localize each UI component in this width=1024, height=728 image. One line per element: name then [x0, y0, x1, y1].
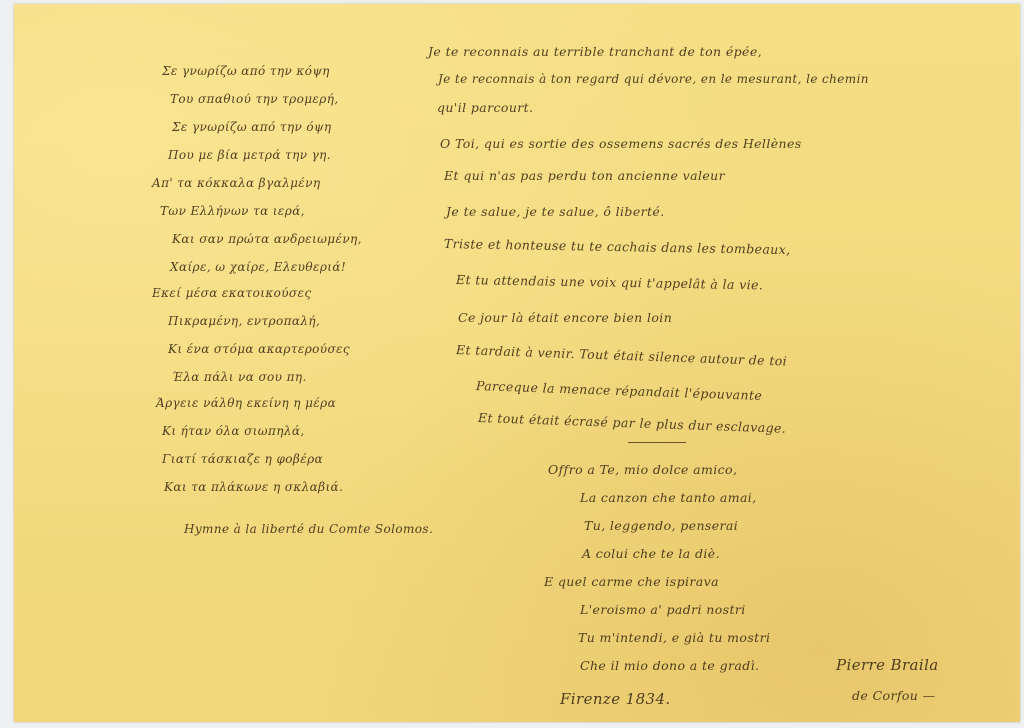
- french-line: Et qui n'as pas perdu ton ancienne valeu…: [444, 168, 725, 183]
- italian-line: La canzon che tanto amai,: [580, 490, 757, 505]
- greek-line: Και σαν πρώτα ανδρειωμένη,: [172, 232, 362, 246]
- greek-line: Κι ένα στόμα ακαρτερούσες: [168, 342, 350, 356]
- greek-line: Χαίρε, ω χαίρε, Ελευθεριά!: [170, 260, 346, 274]
- french-line: qu'il parcourt.: [437, 100, 533, 115]
- signature-name: Pierre Braila: [836, 656, 939, 674]
- italian-line: A colui che te la diè.: [582, 546, 720, 561]
- italian-line: Offro a Te, mio dolce amico,: [548, 462, 737, 477]
- french-line: Je te salue, je te salue, ô liberté.: [446, 204, 665, 219]
- italian-line: Tu, leggendo, penserai: [584, 518, 738, 533]
- italian-line: L'eroismo a' padri nostri: [580, 602, 746, 617]
- french-line: Je te reconnais à ton regard qui dévore,…: [438, 72, 869, 86]
- french-line: Je te reconnais au terrible tranchant de…: [428, 44, 762, 59]
- signature-origin: de Corfou —: [852, 688, 936, 703]
- greek-line: Εκεί μέσα εκατοικούσες: [152, 286, 311, 300]
- greek-line: Γιατί τάσκιαζε η φοβέρα: [162, 452, 323, 466]
- greek-line: Των Ελλήνων τα ιερά,: [160, 204, 305, 218]
- greek-line: Και τα πλάκωνε η σκλαβιά.: [164, 480, 343, 494]
- french-line: Ce jour là était encore bien loin: [458, 310, 672, 325]
- greek-line: Απ' τα κόκκαλα βγαλμένη: [152, 176, 320, 190]
- place-date: Firenze 1834.: [560, 690, 671, 708]
- greek-line: Σε γνωρίζω από την κόψη: [162, 64, 330, 78]
- greek-line: Άργειε νάλθη εκείνη η μέρα: [156, 396, 336, 410]
- italian-line: Che il mio dono a te gradì.: [580, 658, 759, 673]
- greek-poem-caption: Hymne à la liberté du Comte Solomos.: [184, 522, 433, 536]
- italian-line: E quel carme che ispirava: [544, 574, 719, 589]
- greek-line: Που με βία μετρά την γη.: [168, 148, 331, 162]
- underline-mark: [628, 442, 686, 443]
- greek-line: Σε γνωρίζω από την όψη: [172, 120, 331, 134]
- italian-line: Tu m'intendi, e già tu mostri: [578, 630, 770, 645]
- greek-line: Κι ήταν όλα σιωπηλά,: [162, 424, 305, 438]
- greek-line: Πικραμένη, εντροπαλή,: [168, 314, 320, 328]
- greek-line: Του σπαθιού την τρομερή,: [170, 92, 339, 106]
- greek-line: Έλα πάλι να σου πη.: [172, 370, 307, 384]
- french-line: O Toi, qui es sortie des ossemens sacrés…: [440, 136, 802, 151]
